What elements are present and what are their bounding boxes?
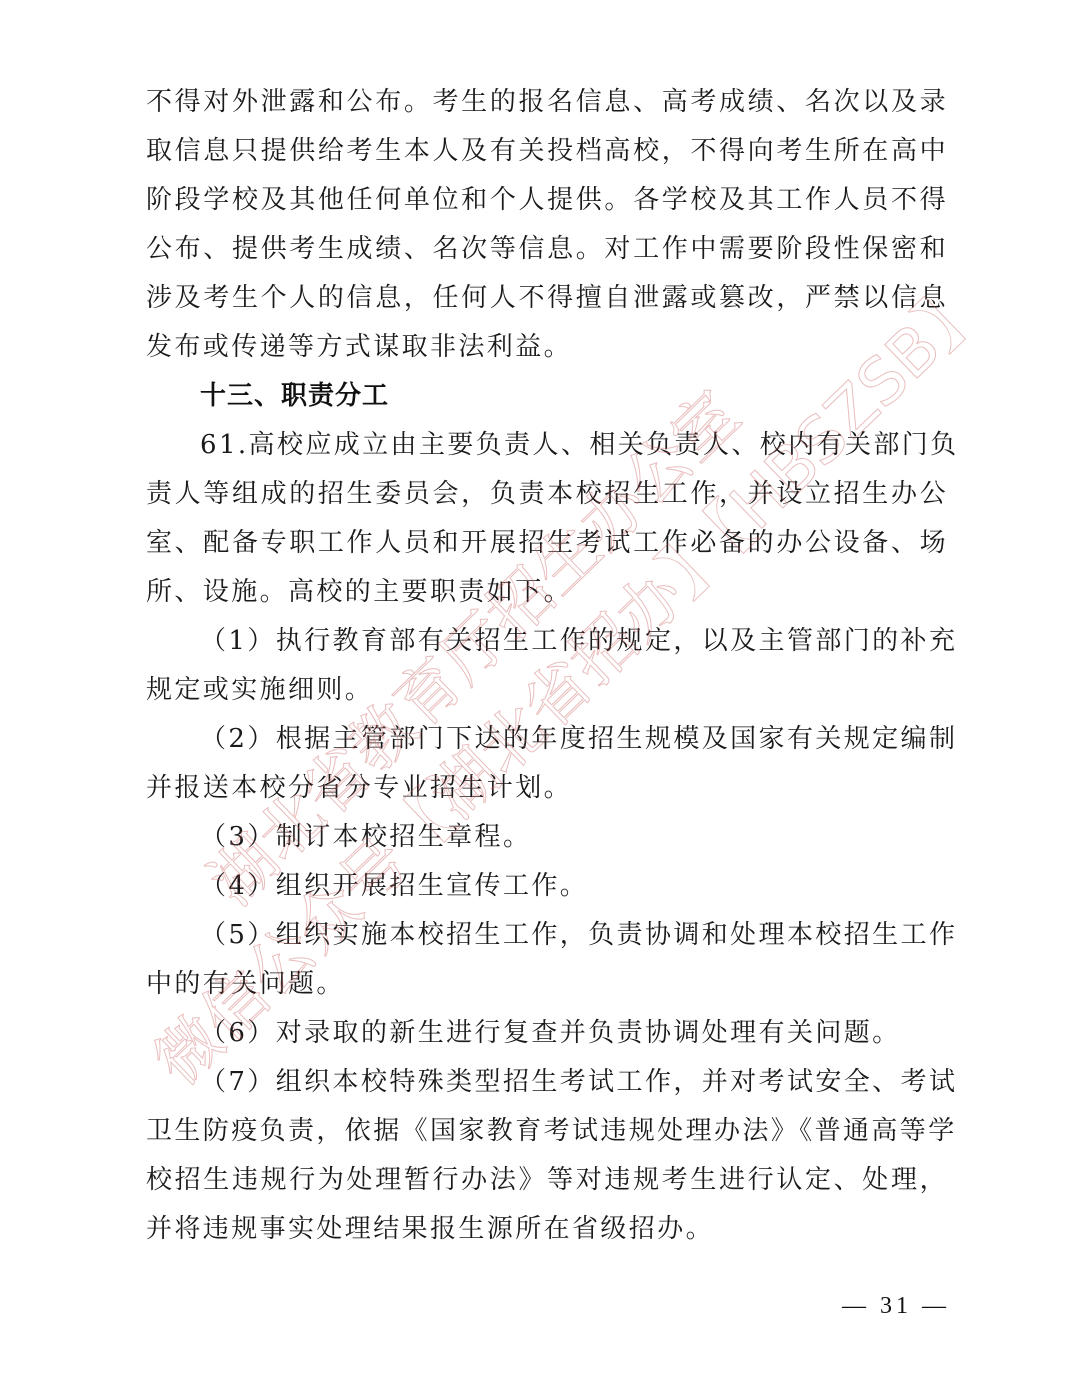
body-text-line: 阶段学校及其他任何单位和个人提供。各学校及其工作人员不得	[146, 180, 948, 220]
list-item-1-line: 规定或实施细则。	[146, 670, 948, 710]
list-item-7-line: 卫生防疫负责，依据《国家教育考试违规处理办法》《普通高等学	[146, 1111, 948, 1151]
article-61-line: 室、配备专职工作人员和开展招生考试工作必备的办公设备、场	[146, 523, 948, 563]
list-item-6-line: （6）对录取的新生进行复查并负责协调处理有关问题。	[200, 1013, 948, 1053]
list-item-4-line: （4）组织开展招生宣传工作。	[200, 866, 948, 906]
list-item-2-line: （2）根据主管部门下达的年度招生规模及国家有关规定编制	[200, 719, 948, 759]
body-text-line: 取信息只提供给考生本人及有关投档高校，不得向考生所在高中	[146, 131, 948, 171]
list-item-7-line: 校招生违规行为处理暂行办法》等对违规考生进行认定、处理，	[146, 1160, 948, 1200]
body-text-line: 涉及考生个人的信息，任何人不得擅自泄露或篡改，严禁以信息	[146, 278, 948, 318]
list-item-1-line: （1）执行教育部有关招生工作的规定，以及主管部门的补充	[200, 621, 948, 661]
body-text-line: 不得对外泄露和公布。考生的报名信息、高考成绩、名次以及录	[146, 82, 948, 122]
list-item-5-line: （5）组织实施本校招生工作，负责协调和处理本校招生工作	[200, 915, 948, 955]
section-heading: 十三、职责分工	[200, 376, 389, 416]
page-number: — 31 —	[842, 1293, 950, 1320]
body-text-line: 公布、提供考生成绩、名次等信息。对工作中需要阶段性保密和	[146, 229, 948, 269]
list-item-2-line: 并报送本校分省分专业招生计划。	[146, 768, 948, 808]
list-item-7-line: （7）组织本校特殊类型招生考试工作，并对考试安全、考试	[200, 1062, 948, 1102]
list-item-3-line: （3）制订本校招生章程。	[200, 817, 948, 857]
article-61-line: 所、设施。高校的主要职责如下。	[146, 572, 948, 612]
article-61-line: 责人等组成的招生委员会，负责本校招生工作，并设立招生办公	[146, 474, 948, 514]
list-item-5-line: 中的有关问题。	[146, 964, 948, 1004]
article-61-line: 61.高校应成立由主要负责人、相关负责人、校内有关部门负	[200, 425, 948, 465]
list-item-7-line: 并将违规事实处理结果报生源所在省级招办。	[146, 1209, 948, 1249]
body-text-line: 发布或传递等方式谋取非法利益。	[146, 327, 948, 367]
document-page: 不得对外泄露和公布。考生的报名信息、高考成绩、名次以及录 取信息只提供给考生本人…	[0, 0, 1080, 1387]
